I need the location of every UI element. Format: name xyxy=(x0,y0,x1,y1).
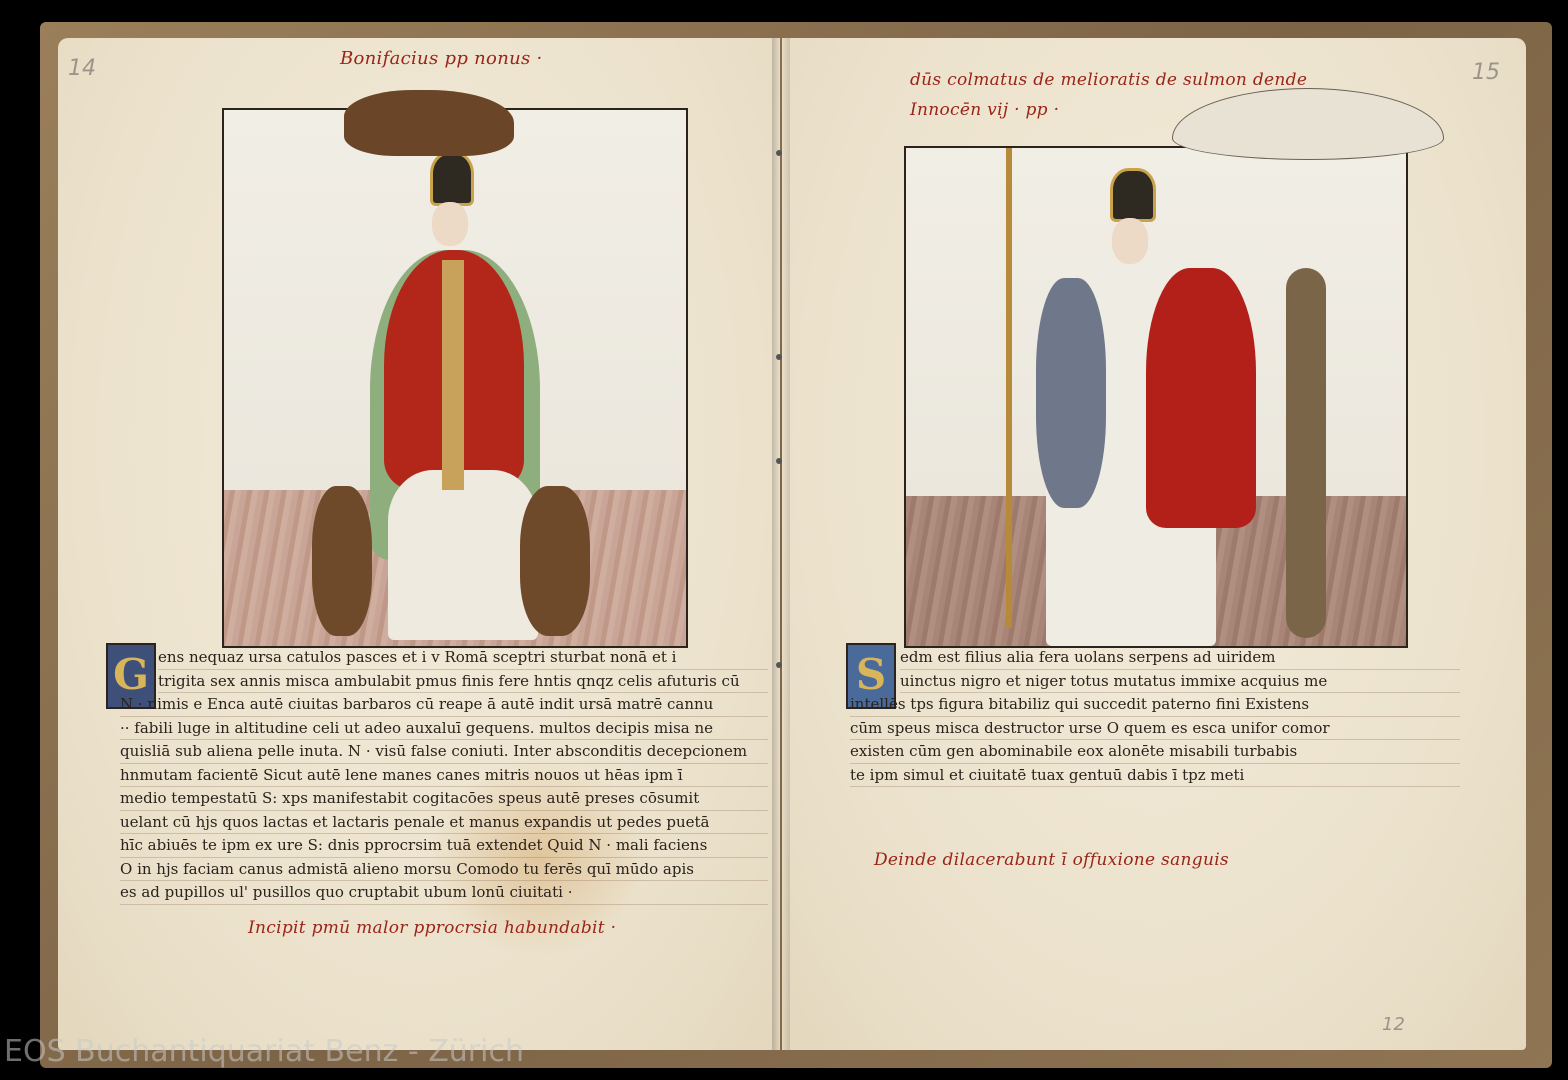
bear-cub-right-icon xyxy=(520,486,590,636)
right-body-text: edm est filius alia fera uolans serpens … xyxy=(900,646,1460,787)
book-gutter xyxy=(772,38,790,1050)
right-page: 15 dūs colmatus de melioratis de sulmon … xyxy=(782,38,1526,1050)
watermark-text: EOS Buchantiquariat Benz - Zürich xyxy=(4,1034,524,1069)
text-line: existen cūm gen abominabile eox alonēte … xyxy=(850,740,1460,764)
text-line: te ipm simul et ciuitatē tuax gentuū dab… xyxy=(850,764,1460,788)
bear-cub-left-icon xyxy=(312,486,372,636)
illustration-frame xyxy=(904,146,1408,648)
folio-number: 14 xyxy=(68,56,96,81)
text-line: intellēs tps figura bitabiliz qui succed… xyxy=(850,693,1460,717)
left-page: 14 Bonifacius pp nonus · G ens nequaz ur… xyxy=(58,38,780,1050)
text-line: uinctus nigro et niger totus mutatus imm… xyxy=(900,670,1460,694)
white-alb xyxy=(388,470,538,640)
text-line: edm est filius alia fera uolans serpens … xyxy=(900,646,1460,670)
bear-on-frame-icon xyxy=(344,90,514,156)
text-line: trigita sex annis misca ambulabit pmus f… xyxy=(158,670,768,694)
text-line: es ad pupillos ul' pusillos quo cruptabi… xyxy=(120,881,768,905)
page-title-rubric-line2: Innocēn vij · pp · xyxy=(910,100,1059,120)
closing-rubric: Incipit pmū malor pprocrsia habundabit · xyxy=(248,918,616,938)
text-line: uelant cū hjs quos lactas et lactaris pe… xyxy=(120,811,768,835)
page-title-rubric: Bonifacius pp nonus · xyxy=(340,48,543,69)
left-body-text: ens nequaz ursa catulos pasces et i v Ro… xyxy=(158,646,768,905)
binding-stitch xyxy=(776,458,782,464)
text-line: hīc abiuēs te ipm ex ure S: dnis pprocrs… xyxy=(120,834,768,858)
papal-tiara-icon xyxy=(1110,168,1156,222)
binding-stitch xyxy=(776,662,782,668)
page-title-rubric-line1: dūs colmatus de melioratis de sulmon den… xyxy=(910,70,1307,90)
text-line: cūm speus misca destructor urse O quem e… xyxy=(850,717,1460,741)
binding-stitch xyxy=(776,354,782,360)
red-cloak xyxy=(1146,268,1256,528)
folio-number: 15 xyxy=(1472,60,1500,85)
bottom-page-mark: 12 xyxy=(1382,1014,1405,1035)
serpent-icon xyxy=(1286,268,1326,638)
papal-tiara-icon xyxy=(430,152,474,206)
text-line: O in hjs faciam canus admistā alieno mor… xyxy=(120,858,768,882)
pope-face xyxy=(432,202,468,246)
text-line: medio tempestatū S: xps manifestabit cog… xyxy=(120,787,768,811)
orphrey-cross xyxy=(442,260,464,490)
grey-mantle-lining xyxy=(1036,278,1106,508)
text-line: ·· fabili luge in altitudine celi ut ade… xyxy=(120,717,768,741)
bird-icon xyxy=(1172,88,1444,160)
pope-face xyxy=(1112,218,1148,264)
pope-figure xyxy=(1016,168,1246,646)
text-line: hnmutam facientē Sicut autē lene manes c… xyxy=(120,764,768,788)
text-line: N · nimis e Enca autē ciuitas barbaros c… xyxy=(120,693,768,717)
text-line: quisliā sub aliena pelle inuta. N · visū… xyxy=(120,740,768,764)
illustration-frame xyxy=(222,108,688,648)
binding-stitch xyxy=(776,150,782,156)
closing-rubric: Deinde dilacerabunt ī offuxione sanguis xyxy=(874,850,1229,870)
spear-icon xyxy=(1006,148,1012,628)
text-line: ens nequaz ursa catulos pasces et i v Ro… xyxy=(158,646,768,670)
